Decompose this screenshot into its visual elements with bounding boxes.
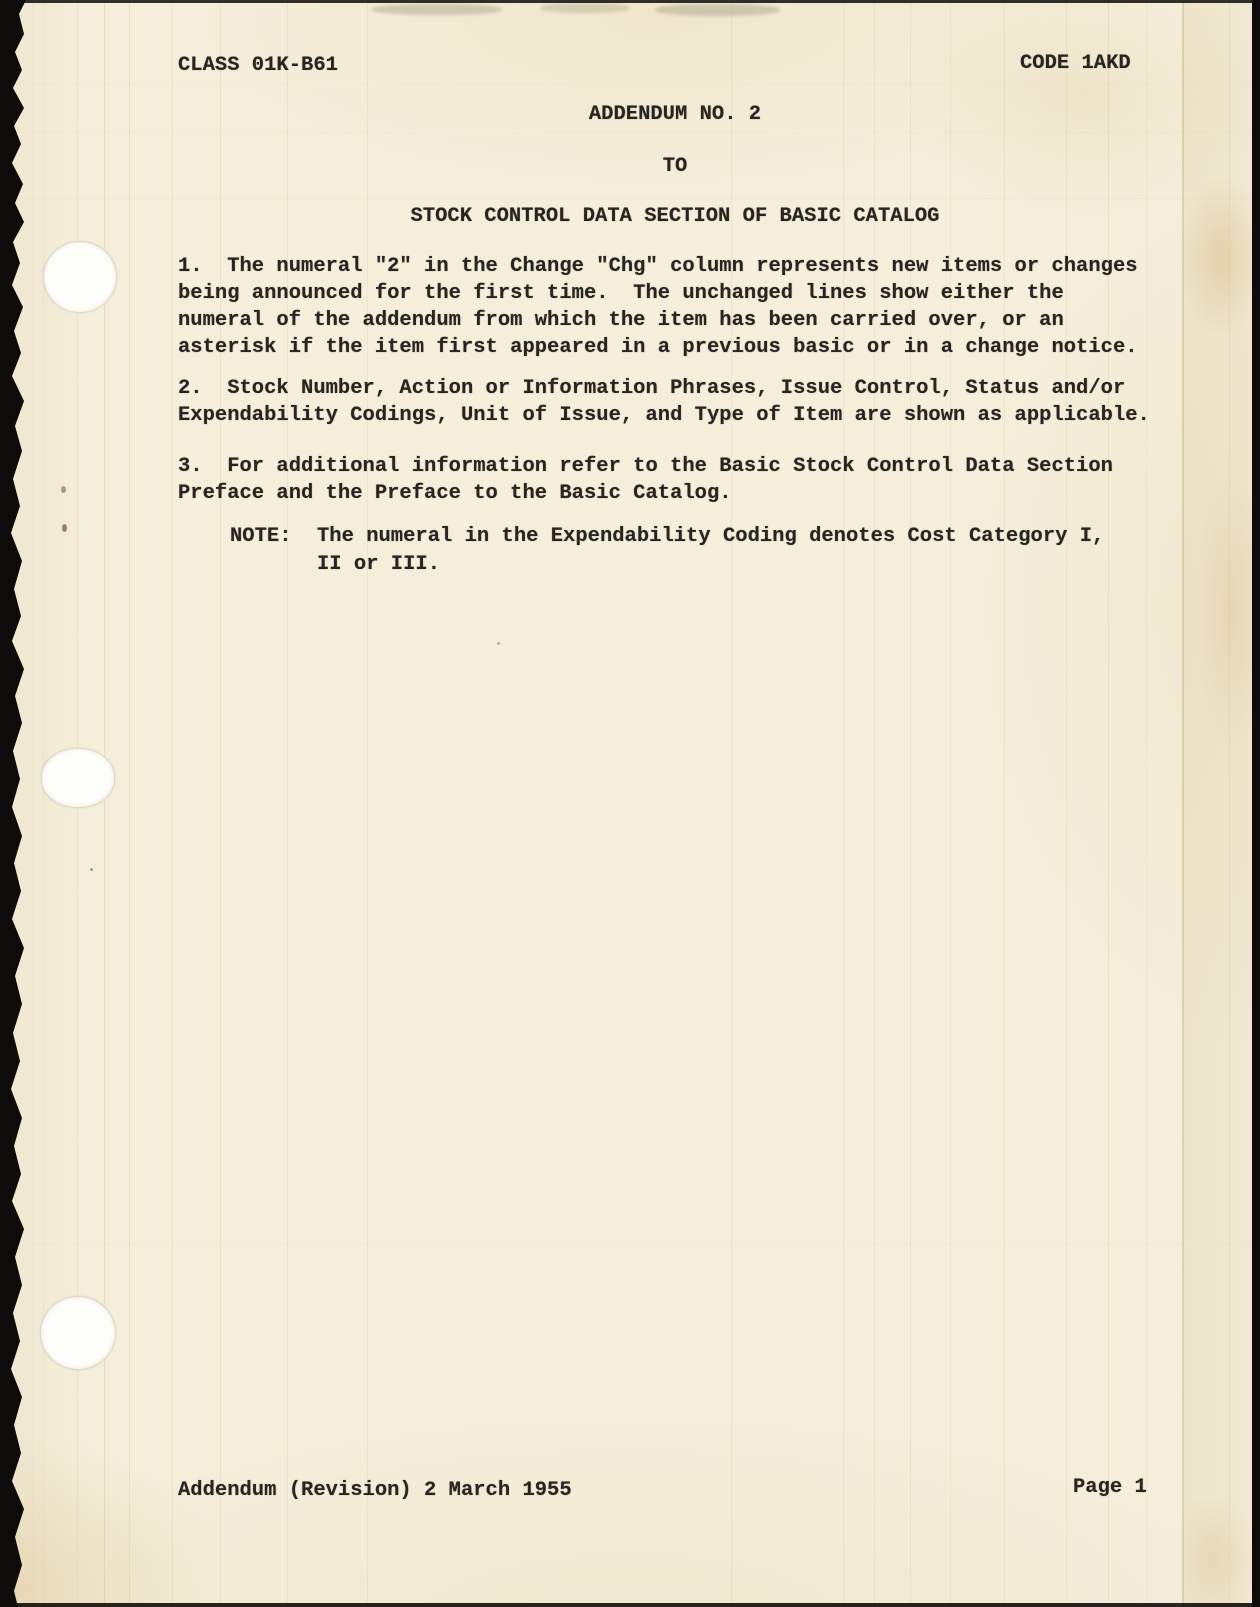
- footer-revision-date: Addendum (Revision) 2 March 1955: [178, 1477, 572, 1504]
- note-label: NOTE:: [230, 523, 292, 550]
- addendum-to-label: TO: [178, 153, 1172, 180]
- paragraph-2: 2. Stock Number, Action or Information P…: [178, 375, 1178, 429]
- scan-edge-bottom: [0, 1603, 1260, 1607]
- addendum-subject: STOCK CONTROL DATA SECTION OF BASIC CATA…: [178, 203, 1172, 230]
- class-label: CLASS 01K-B61: [178, 52, 338, 79]
- jagged-binding-shape: [0, 0, 30, 1607]
- addendum-title: ADDENDUM NO. 2: [178, 101, 1172, 128]
- note-text: The numeral in the Expendability Coding …: [317, 523, 1197, 579]
- paper-speck: [61, 486, 66, 493]
- top-smudge: [540, 3, 630, 13]
- top-smudge: [655, 4, 780, 16]
- paper-speck: [90, 868, 93, 871]
- paragraph-1: 1. The numeral "2" in the Change "Chg" c…: [178, 253, 1178, 361]
- punch-hole-top: [43, 241, 117, 313]
- scanned-document-page: CLASS 01K-B61 CODE 1AKD ADDENDUM NO. 2 T…: [0, 0, 1260, 1607]
- aged-right-band: [1183, 0, 1252, 1607]
- footer-page-number: Page 1: [1073, 1474, 1147, 1501]
- scan-edge-top: [0, 0, 1260, 3]
- binding-edge-left: [0, 0, 30, 1607]
- punch-hole-middle: [41, 748, 115, 808]
- paper-speck: [62, 524, 67, 532]
- code-label: CODE 1AKD: [1020, 50, 1131, 77]
- punch-hole-bottom: [40, 1296, 116, 1370]
- paragraph-3: 3. For additional information refer to t…: [178, 453, 1178, 507]
- paper-speck: [497, 642, 500, 645]
- top-smudge: [372, 4, 502, 15]
- binding-edge-right: [1252, 0, 1260, 1607]
